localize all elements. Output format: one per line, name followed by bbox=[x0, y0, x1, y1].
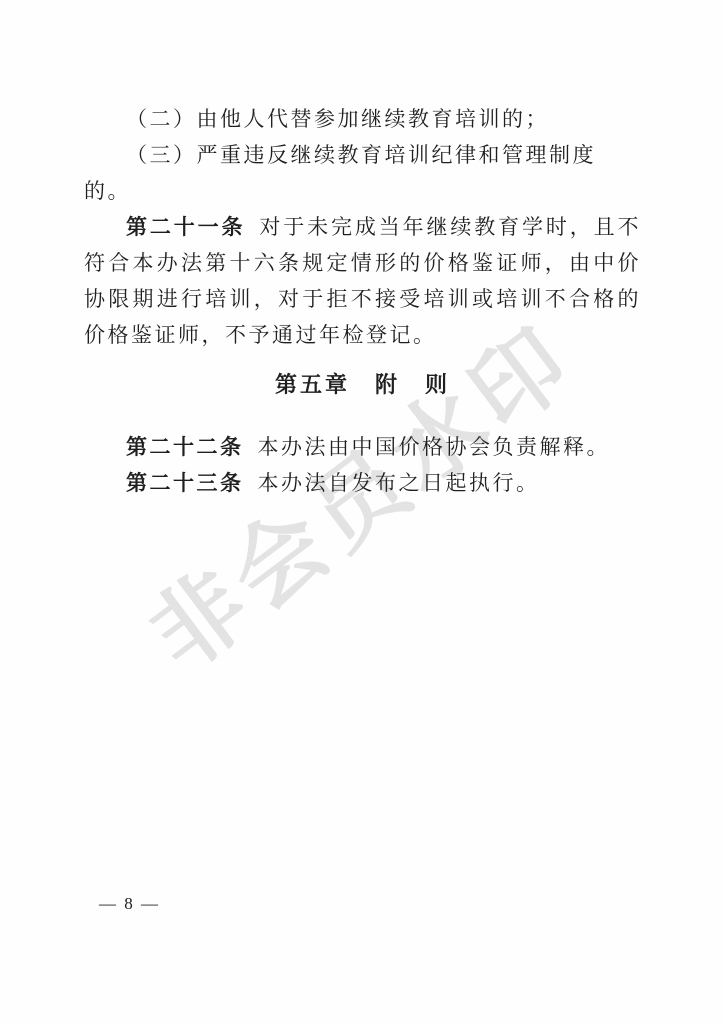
chapter-heading: 第五章 附 则 bbox=[84, 367, 641, 403]
article-22-text: 本办法由中国价格协会负责解释。 bbox=[258, 435, 611, 459]
clause-item-3: （三）严重违反继续教育培训纪律和管理制度的。 bbox=[84, 137, 641, 209]
article-23-text: 本办法自发布之日起执行。 bbox=[258, 471, 540, 495]
clause-item-2: （二）由他人代替参加继续教育培训的； bbox=[84, 101, 641, 137]
document-body: （二）由他人代替参加继续教育培训的； （三）严重违反继续教育培训纪律和管理制度的… bbox=[84, 101, 641, 501]
article-22-number: 第二十二条 bbox=[126, 435, 244, 459]
document-page: 非会员水印 （二）由他人代替参加继续教育培训的； （三）严重违反继续教育培训纪律… bbox=[0, 0, 724, 1024]
article-21-number: 第二十一条 bbox=[126, 215, 245, 239]
article-23-number: 第二十三条 bbox=[126, 471, 244, 495]
article-22: 第二十二条本办法由中国价格协会负责解释。 bbox=[84, 429, 641, 465]
article-23: 第二十三条本办法自发布之日起执行。 bbox=[84, 465, 641, 501]
page-number: — 8 — bbox=[99, 894, 160, 914]
article-21: 第二十一条对于未完成当年继续教育学时，且不符合本办法第十六条规定情形的价格鉴证师… bbox=[84, 209, 641, 353]
